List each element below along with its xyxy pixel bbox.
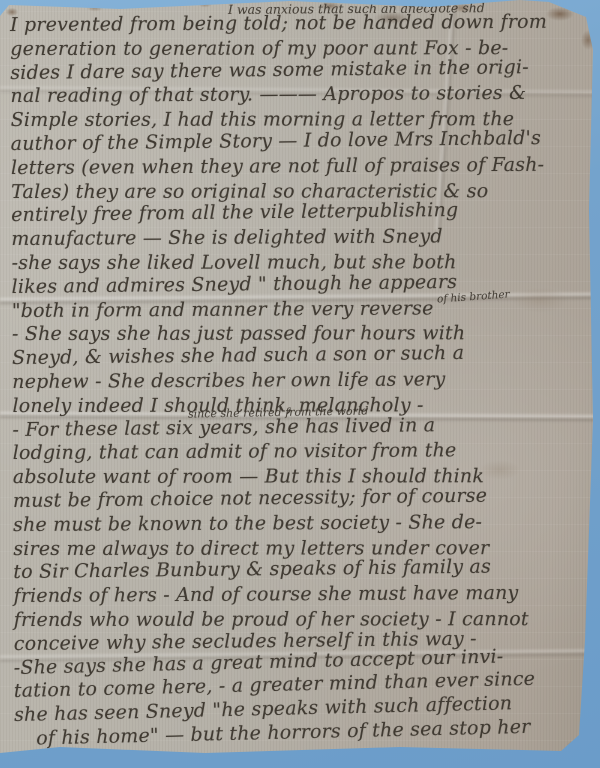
letter-line: Sneyd, & wishes she had such a son or su… [12,341,594,371]
letter-line: letters (even when they are not full of … [11,153,593,180]
letter-line: manufacture — She is delighted with Sney… [11,225,593,252]
letter-line: friends of hers - And of course she must… [13,582,595,609]
letter-paper: I prevented from being told; not be hand… [0,0,600,768]
letter-line: she must be known to the best society - … [13,510,595,537]
interlinear-note-top: I was anxious that such an anecdote shd [228,0,485,17]
letter-line: to Sir Charles Bunbury & speaks of his f… [13,555,595,585]
letter-line: nephew - She describes her own life as v… [12,367,594,394]
letter-line: entirely free from all the vile letterpu… [11,198,593,228]
letter-line: nal reading of that story. ——— Apropos t… [10,82,592,109]
photo-background: { "photo": { "background_color": "#74a3c… [0,0,600,768]
letter-line: lodging, that can admit of no visitor fr… [13,439,595,466]
letter-text: I prevented from being told; not be hand… [10,10,596,751]
